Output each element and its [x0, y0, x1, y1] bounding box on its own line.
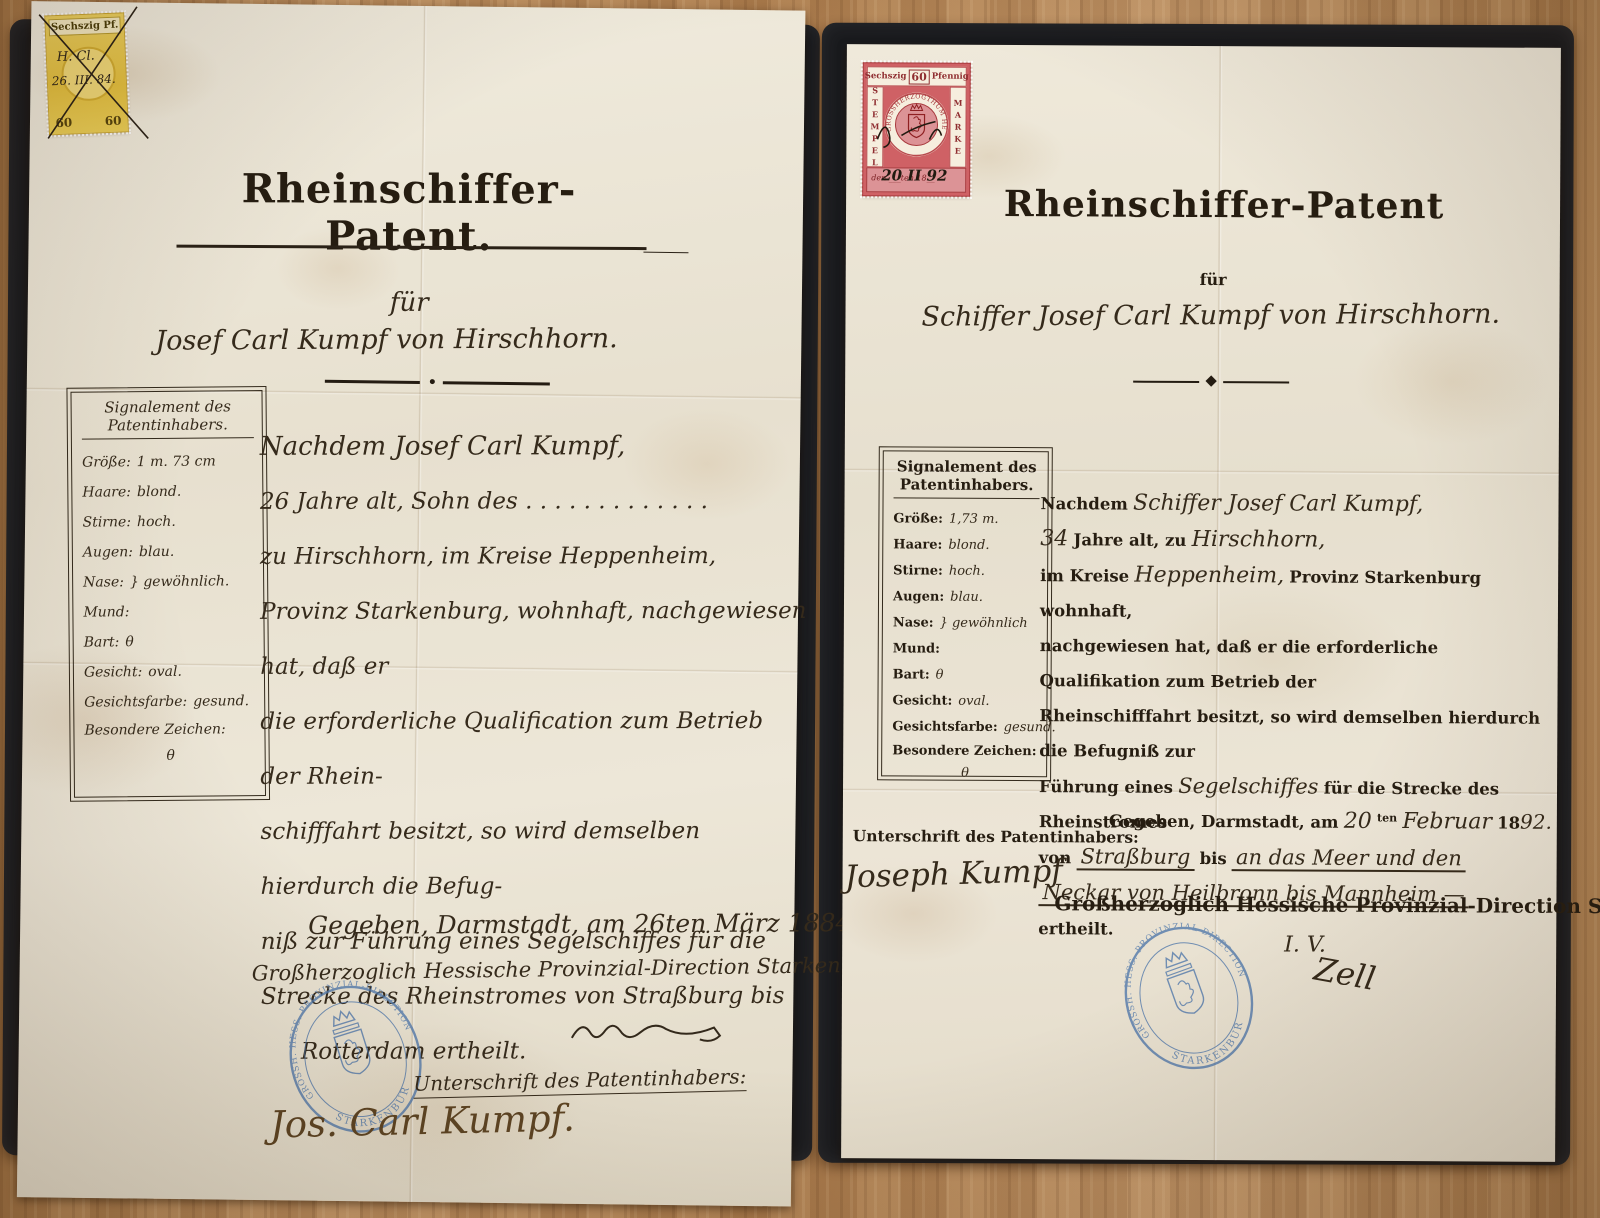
red-stamp-pfennig: Pfennig — [932, 72, 969, 82]
right-signalement-header-1: Signalement des — [894, 457, 1040, 476]
body-line: zu Hirschhorn, im Kreise Heppenheim, — [260, 529, 808, 585]
right-signalement-box: Signalement des Patentinhabers. Größe:1,… — [877, 446, 1053, 781]
red-stamp-initials-squiggle — [871, 113, 961, 153]
body-line: 34 Jahre alt, zu Hirschhorn, — [1040, 521, 1564, 560]
right-holder-name: Schiffer Josef Carl Kumpf von Hirschhorn… — [921, 299, 1521, 333]
right-document: Sechszig 60 Pfennig STEMPEL MARKE GROSSH… — [841, 44, 1561, 1162]
date-year: 92. — [1520, 810, 1552, 834]
signalement-row: Größe:1 m. 73 cm — [82, 446, 254, 477]
date-ten: ten — [1377, 811, 1397, 824]
cancellation-cross-icon — [37, 4, 153, 148]
body-line: Provinz Starkenburg, wohnhaft, nachgewie… — [260, 584, 808, 695]
signalement-row: Gesichtsfarbe:gesund. — [892, 714, 1038, 741]
red-stamp-date-band: den ___ten 18__ 20 II 92 — [866, 167, 966, 193]
signalement-row: Augen:blau. — [83, 536, 255, 567]
date-prefix: Gegeben, Darmstadt, am — [1109, 812, 1339, 832]
left-date-line: Gegeben, Darmstadt, am 26ten März 1884 — [308, 908, 808, 940]
red-stamp-sechszig: Sechszig — [865, 71, 907, 81]
signalement-row: Besondere Zeichen:θ — [892, 740, 1038, 785]
signalement-row: Größe:1,73 m. — [893, 506, 1039, 533]
seal-crown-icon — [1162, 949, 1187, 968]
date-century: 18 — [1497, 814, 1520, 833]
body-line: nachgewiesen hat, daß er die erforderlic… — [1039, 628, 1563, 701]
red-stamp-60: 60 — [908, 69, 929, 84]
right-authority-line: Großherzoglich Hessische Provinzial-Dire… — [1054, 891, 1564, 918]
signalement-row: Haare:blond. — [82, 476, 254, 507]
seal-lion-icon — [340, 1038, 363, 1066]
right-title: Rheinschiffer-Patent — [974, 183, 1474, 228]
seal-shield-icon — [1167, 970, 1207, 1018]
body-line: im Kreise Heppenheim, Provinz Starkenbur… — [1040, 557, 1564, 631]
seal-crown-icon — [330, 1008, 355, 1026]
seal-shield-icon — [334, 1029, 373, 1077]
signalement-row: Mund: — [893, 636, 1039, 663]
body-line: 26 Jahre alt, Sohn des . . . . . . . . .… — [260, 474, 808, 530]
date-day: 20 — [1344, 809, 1372, 834]
left-signalement-box: Signalement des Patentinhabers. Größe:1 … — [66, 386, 270, 802]
signalement-row: Haare:blond. — [893, 532, 1039, 559]
red-stamp-value-band: Sechszig 60 Pfennig — [867, 66, 967, 87]
signalement-row: Stirne:hoch. — [893, 558, 1039, 585]
left-fuer: für — [390, 288, 429, 318]
red-revenue-stamp: Sechszig 60 Pfennig STEMPEL MARKE GROSSH… — [862, 62, 971, 197]
signalement-row: Gesichtsfarbe:gesund. — [84, 686, 256, 717]
left-signalement-header-1: Signalement des — [82, 397, 254, 417]
signalement-row: Bart:θ — [893, 662, 1039, 689]
seal-lion-icon — [1173, 978, 1197, 1006]
signalement-row: Nase:} gewöhnlich — [893, 610, 1039, 637]
left-holder-name: Josef Carl Kumpf von Hirschhorn. — [155, 323, 725, 357]
right-official-signature: Zell — [1311, 950, 1378, 998]
date-month: Februar — [1402, 809, 1492, 834]
signalement-row: Nase:} gewöhnlich. — [83, 566, 255, 597]
red-stamp-handwritten-date: 20 II 92 — [881, 166, 947, 184]
body-line: Nachdem Josef Carl Kumpf, — [260, 419, 808, 475]
body-line: Nachdem Schiffer Josef Carl Kumpf, — [1040, 485, 1564, 524]
right-fuer: für — [1200, 270, 1227, 289]
signalement-row: Gesicht:oval. — [892, 688, 1038, 715]
body-line: Rheinschifffahrt besitzt, so wird demsel… — [1039, 698, 1563, 771]
signalement-row: Mund: — [83, 596, 255, 627]
signalement-row: Bart:θ — [84, 626, 256, 657]
signalement-row: Stirne:hoch. — [82, 506, 254, 537]
right-signature-caption: Unterschrift des Patentinhabers: — [853, 826, 1139, 846]
right-divider — [1133, 376, 1293, 387]
signalement-row: Augen:blau. — [893, 584, 1039, 611]
left-document: Sechszig Pf. 60 60 H. Cl. 26. III. 84. R… — [17, 1, 806, 1206]
signalement-row: Gesicht:oval. — [84, 656, 256, 687]
body-line: schifffahrt besitzt, so wird demselben h… — [260, 804, 808, 915]
right-signalement-header-2: Patentinhabers. — [894, 475, 1040, 494]
right-date-line: Gegeben, Darmstadt, am 20 ten Februar 18… — [1109, 808, 1559, 835]
signalement-row: Besondere Zeichen:θ — [84, 716, 256, 769]
left-signalement-header-2: Patentinhabers. — [82, 415, 254, 435]
yellow-revenue-stamp: Sechszig Pf. 60 60 H. Cl. 26. III. 84. — [44, 12, 129, 135]
body-line: die erforderliche Qualification zum Betr… — [260, 694, 808, 805]
official-signature-flourish — [564, 1008, 725, 1055]
right-provincial-seal: GROSSH. HESS. PROVINZIAL-DIRECTION STARK… — [1114, 918, 1265, 1079]
left-divider — [325, 377, 550, 388]
